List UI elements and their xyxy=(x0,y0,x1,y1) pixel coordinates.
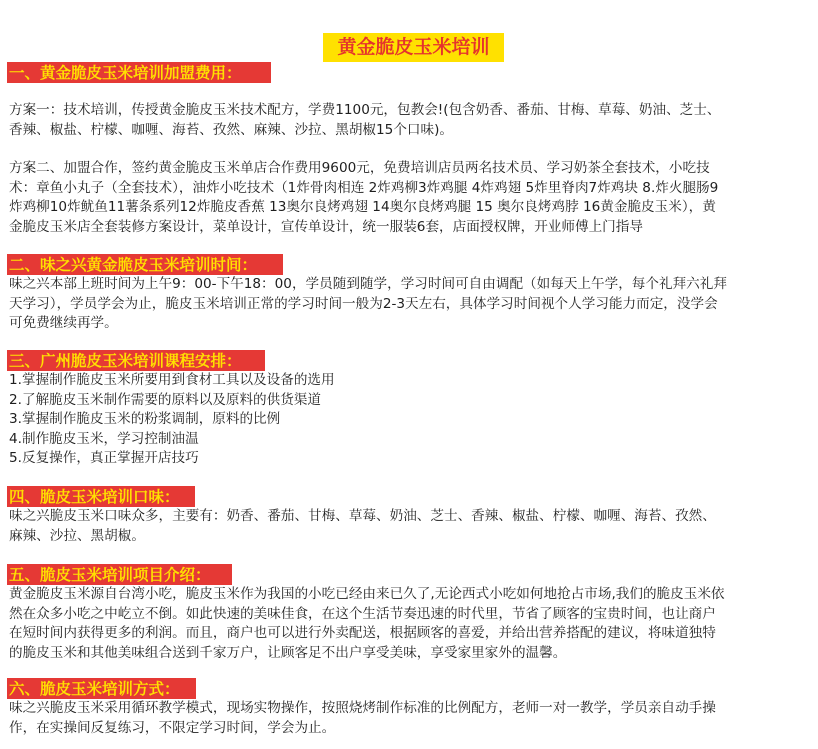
text-line: 麻辣、沙拉、黑胡椒。 xyxy=(9,527,815,547)
text-line: 天学习），学员学会为止，脆皮玉米培训正常的学习时间一般为2-3天左右，具体学习时… xyxy=(9,295,815,315)
paragraph-training-method: 味之兴脆皮玉米采用循环教学模式，现场实物操作，按照烧烤制作标准的比例配方，老师一… xyxy=(9,699,815,738)
paragraph-training-time: 味之兴本部上班时间为上午9：00-下午18：00，学员随到随学，学习时间可自由调… xyxy=(9,275,815,334)
section-heading-flavors: 四、脆皮玉米培训口味： xyxy=(7,486,195,507)
paragraph-project-intro: 黄金脆皮玉米源自台湾小吃，脆皮玉米作为我国的小吃已经由来已久了,无论西式小吃如何… xyxy=(9,585,815,663)
section-heading-training-time: 二、味之兴黄金脆皮玉米培训时间： xyxy=(7,254,283,275)
text-line: 炸鸡柳10炸鱿鱼11薯条系列12炸脆皮香蕉 13奥尔良烤鸡翅 14奥尔良烤鸡腿 … xyxy=(9,198,815,218)
text-line: 方案二、加盟合作，签约黄金脆皮玉米单店合作费用9600元，免费培训店员两名技术员… xyxy=(9,159,815,179)
list-course-schedule: 1.掌握制作脆皮玉米所要用到食材工具以及设备的选用 2.了解脆皮玉米制作需要的原… xyxy=(9,371,815,469)
text-line: 味之兴本部上班时间为上午9：00-下午18：00，学员随到随学，学习时间可自由调… xyxy=(9,275,815,295)
text-line: 黄金脆皮玉米源自台湾小吃，脆皮玉米作为我国的小吃已经由来已久了,无论西式小吃如何… xyxy=(9,585,815,605)
section-heading-training-method: 六、脆皮玉米培训方式： xyxy=(7,678,196,699)
section-heading-course-schedule: 三、广州脆皮玉米培训课程安排： xyxy=(7,350,265,371)
text-line: 然在众多小吃之中屹立不倒。如此快速的美味佳食，在这个生活节奏迅速的时代里，节省了… xyxy=(9,605,815,625)
text-line: 可免费继续再学。 xyxy=(9,314,815,334)
section-heading-project-intro: 五、脆皮玉米培训项目介绍： xyxy=(7,564,232,585)
text-line: 香辣、椒盐、柠檬、咖喱、海苔、孜然、麻辣、沙拉、黑胡椒15个口味)。 xyxy=(9,121,815,141)
text-line: 的脆皮玉米和其他美味组合送到千家万户，让顾客足不出户享受美味，享受家里家外的温馨… xyxy=(9,644,815,664)
paragraph-plan-two: 方案二、加盟合作，签约黄金脆皮玉米单店合作费用9600元，免费培训店员两名技术员… xyxy=(9,159,815,237)
text-line: 方案一：技术培训，传授黄金脆皮玉米技术配方，学费1100元，包教会!(包含奶香、… xyxy=(9,101,815,121)
text-line: 作，在实操间反复练习，不限定学习时间，学会为止。 xyxy=(9,719,815,739)
text-line: 味之兴脆皮玉米口味众多，主要有：奶香、番茄、甘梅、草莓、奶油、芝士、香辣、椒盐、… xyxy=(9,507,815,527)
page-title: 黄金脆皮玉米培训 xyxy=(323,33,504,62)
list-item: 5.反复操作，真正掌握开店技巧 xyxy=(9,449,815,469)
text-line: 味之兴脆皮玉米采用循环教学模式，现场实物操作，按照烧烤制作标准的比例配方，老师一… xyxy=(9,699,815,719)
paragraph-plan-one: 方案一：技术培训，传授黄金脆皮玉米技术配方，学费1100元，包教会!(包含奶香、… xyxy=(9,101,815,140)
text-line: 在短时间内获得更多的利润。而且，商户也可以进行外卖配送，根据顾客的喜爱，并给出营… xyxy=(9,624,815,644)
list-item: 1.掌握制作脆皮玉米所要用到食材工具以及设备的选用 xyxy=(9,371,815,391)
text-line: 术：章鱼小丸子（全套技术），油炸小吃技术（1炸骨肉相连 2炸鸡柳3炸鸡腿 4炸鸡… xyxy=(9,179,815,199)
list-item: 3.掌握制作脆皮玉米的粉浆调制，原料的比例 xyxy=(9,410,815,430)
section-heading-franchise-fees: 一、黄金脆皮玉米培训加盟费用： xyxy=(7,62,271,83)
text-line: 金脆皮玉米店全套装修方案设计，菜单设计，宣传单设计，统一服装6套，店面授权牌，开… xyxy=(9,218,815,238)
list-item: 2.了解脆皮玉米制作需要的原料以及原料的供货渠道 xyxy=(9,391,815,411)
list-item: 4.制作脆皮玉米，学习控制油温 xyxy=(9,430,815,450)
paragraph-flavors: 味之兴脆皮玉米口味众多，主要有：奶香、番茄、甘梅、草莓、奶油、芝士、香辣、椒盐、… xyxy=(9,507,815,546)
